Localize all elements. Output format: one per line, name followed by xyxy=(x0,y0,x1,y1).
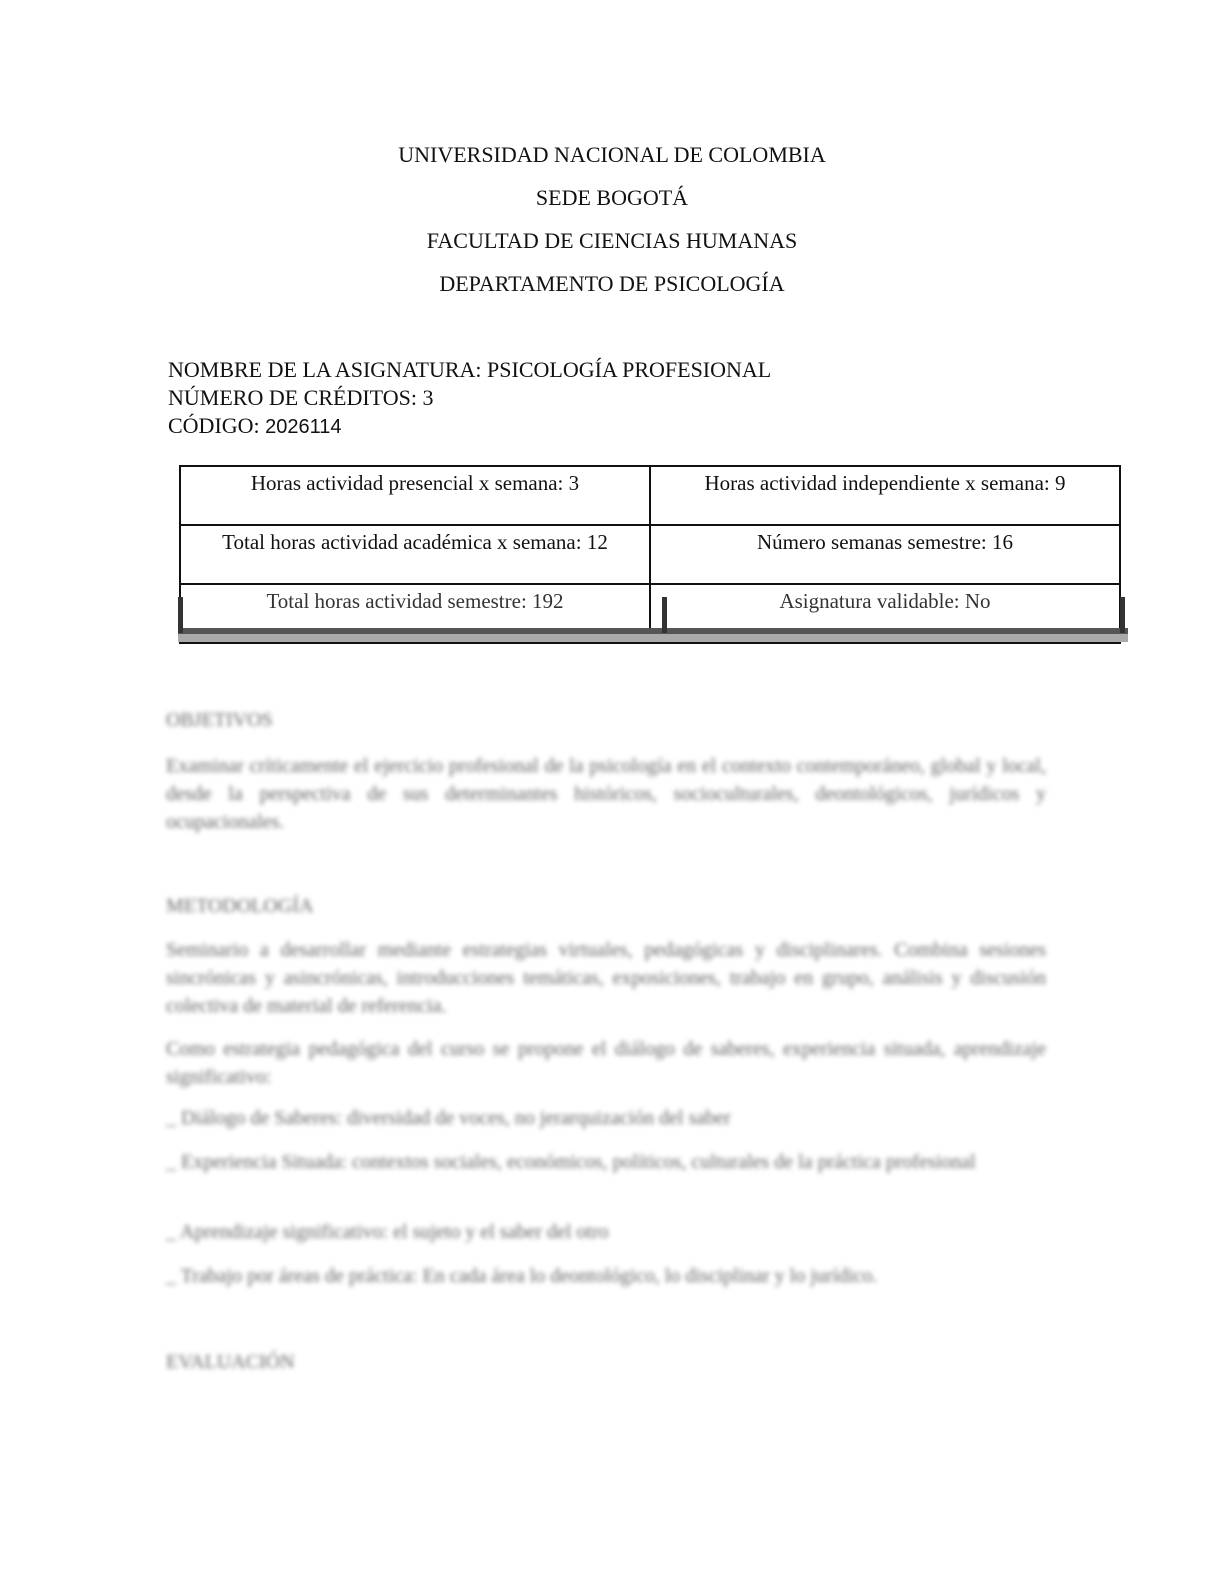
list-item: _ Diálogo de Saberes: diversidad de voce… xyxy=(166,1104,1046,1132)
faculty-name: FACULTAD DE CIENCIAS HUMANAS xyxy=(0,228,1224,254)
department-name: DEPARTAMENTO DE PSICOLOGÍA xyxy=(0,271,1224,297)
course-name: NOMBRE DE LA ASIGNATURA: PSICOLOGÍA PROF… xyxy=(168,356,771,384)
university-name: UNIVERSIDAD NACIONAL DE COLOMBIA xyxy=(0,142,1224,168)
table-edge-right xyxy=(1120,597,1125,633)
objetivos-text: Examinar críticamente el ejercicio profe… xyxy=(166,752,1046,836)
table-row: Total horas actividad académica x semana… xyxy=(180,525,1120,584)
course-credits: NÚMERO DE CRÉDITOS: 3 xyxy=(168,384,433,412)
table-cell: Número semanas semestre: 16 xyxy=(650,525,1120,584)
table-cell: Horas actividad presencial x semana: 3 xyxy=(180,466,650,525)
table-cell: Horas actividad independiente x semana: … xyxy=(650,466,1120,525)
list-item: _ Aprendizaje significativo: el sujeto y… xyxy=(166,1218,1046,1246)
metodologia-paragraph-2: Como estrategia pedagógica del curso se … xyxy=(166,1035,1046,1091)
table-edge-left xyxy=(178,597,183,633)
evaluacion-heading: EVALUACIÓN xyxy=(166,1348,1046,1376)
course-code: CÓDIGO: 2026114 xyxy=(168,412,342,441)
course-code-label: CÓDIGO: xyxy=(168,413,265,438)
hours-table: Horas actividad presencial x semana: 3 H… xyxy=(179,465,1121,644)
table-edge-mid xyxy=(662,597,667,633)
objetivos-heading: OBJETIVOS xyxy=(166,706,1046,734)
table-row: Horas actividad presencial x semana: 3 H… xyxy=(180,466,1120,525)
table-shadow xyxy=(178,634,1128,642)
list-item: _ Experiencia Situada: contextos sociale… xyxy=(166,1148,1046,1176)
metodologia-heading: METODOLOGÍA xyxy=(166,892,1046,920)
list-item: _ Trabajo por áreas de práctica: En cada… xyxy=(166,1262,1046,1290)
metodologia-paragraph-1: Seminario a desarrollar mediante estrate… xyxy=(166,936,1046,1020)
campus-name: SEDE BOGOTÁ xyxy=(0,185,1224,211)
table-cell: Total horas actividad académica x semana… xyxy=(180,525,650,584)
course-code-value: 2026114 xyxy=(265,416,341,438)
